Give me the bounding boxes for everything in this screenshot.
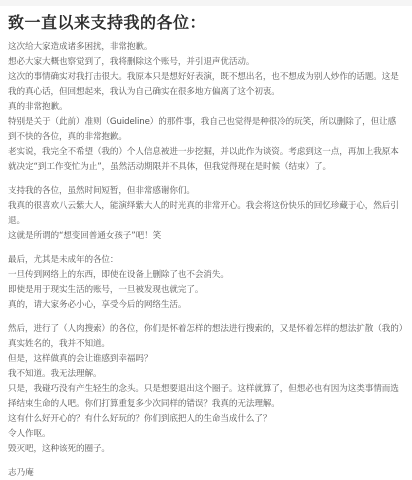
- text-line: 老实说，我完全不希望（我的）个人信息被进一步挖掘，并以此作为谈资。考虑到这一点，…: [8, 145, 404, 175]
- text-line: 毁灭吧，这种该死的圈子。: [8, 442, 404, 457]
- text-line: 支持我的各位，虽然时间短暂，但非常感谢你们。: [8, 184, 404, 199]
- document-title: 致一直以来支持我的各位：: [8, 13, 404, 33]
- text-line: 最后，尤其是未成年的各位：: [8, 253, 404, 268]
- text-line: 特别是关于（此前）准则（Guideline）的那件事，我自己也觉得是种很冷的玩笑…: [8, 115, 404, 145]
- text-line: 这次给大家造成诸多困扰，非常抱歉。: [8, 40, 404, 55]
- text-line: 想必大家大概也察觉到了，我将删除这个账号，并引退声优活动。: [8, 55, 404, 70]
- text-line: 我真的很喜欢八云紫大人，能演绎紫大人的时光真的非常开心。我会将这份快乐的回忆珍藏…: [8, 199, 404, 229]
- text-line: 即使是用于现实生活的账号，一旦被发现也就完了。: [8, 283, 404, 298]
- text-line: 真的非常抱歉。: [8, 100, 404, 115]
- paragraph-apology: 这次给大家造成诸多困扰，非常抱歉。 想必大家大概也察觉到了，我将删除这个账号，并…: [8, 40, 404, 175]
- text-line: 我不知道。我无法理解。: [8, 367, 404, 382]
- text-line: 令人作呕。: [8, 427, 404, 442]
- signature: 志乃庵: [8, 466, 404, 480]
- text-line: 这就是所谓的“想变回普通女孩子”吧！笑: [8, 229, 404, 244]
- statement-document: 致一直以来支持我的各位： 这次给大家造成诸多困扰，非常抱歉。 想必大家大概也察觉…: [0, 6, 412, 480]
- paragraph-doxxing: 然后，进行了（人肉搜索）的各位，你们是怀着怎样的想法进行搜索的，又是怀着怎样的想…: [8, 322, 404, 457]
- text-line: 一旦传到网络上的东西，即使在设备上删除了也不会消失。: [8, 268, 404, 283]
- text-line: 然后，进行了（人肉搜索）的各位，你们是怀着怎样的想法进行搜索的，又是怀着怎样的想…: [8, 322, 404, 352]
- paragraph-minors: 最后，尤其是未成年的各位： 一旦传到网络上的东西，即使在设备上删除了也不会消失。…: [8, 253, 404, 313]
- paragraph-thanks: 支持我的各位，虽然时间短暂，但非常感谢你们。 我真的很喜欢八云紫大人，能演绎紫大…: [8, 184, 404, 244]
- text-line: 真的，请大家务必小心，享受今后的网络生活。: [8, 298, 404, 313]
- text-line: 这有什么好开心的？有什么好玩的？你们到底把人的生命当成什么了？: [8, 412, 404, 427]
- text-line: 只是，我碰巧没有产生轻生的念头。只是想要退出这个圈子。这样就算了，但想必也有因为…: [8, 382, 404, 412]
- text-line: 但是，这样做真的会让谁感到幸福吗？: [8, 352, 404, 367]
- text-line: 这次的事情确实对我打击很大。我原本只是想好好表演，既不想出名，也不想成为别人炒作…: [8, 70, 404, 100]
